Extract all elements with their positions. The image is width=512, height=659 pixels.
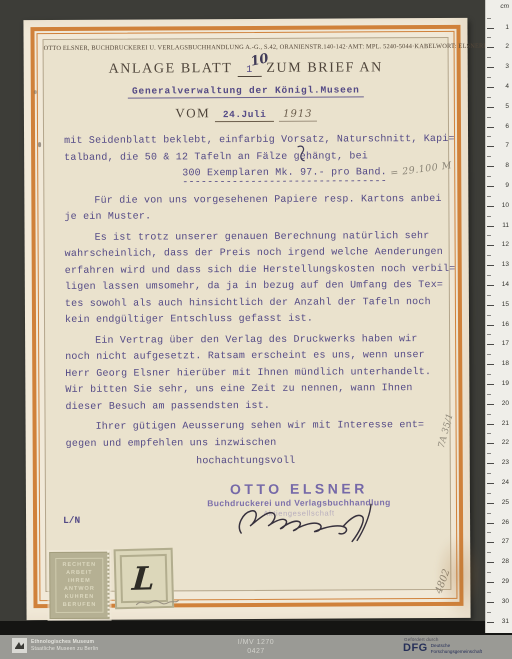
ruler-tick	[487, 364, 494, 365]
body-line: Herr Georg Elsner hierüber mit Ihnen mün…	[65, 364, 455, 383]
body-line: tes sowohl als auch hinsichtlich der Anz…	[65, 294, 455, 313]
ruler-label: 21	[502, 420, 509, 428]
ruler-tick	[487, 433, 491, 434]
ruler-label: 30	[502, 598, 509, 606]
ruler-tick	[487, 235, 491, 236]
scan-edge-strip	[0, 621, 512, 635]
body-line: dieser Besuch am passendsten ist.	[65, 397, 455, 416]
ruler-label: 9	[505, 182, 509, 190]
stamp-text-line: ANTWOR	[56, 586, 102, 593]
ruler-tick	[487, 473, 491, 474]
ruler-label: 23	[502, 459, 509, 467]
ruler-tick	[487, 127, 494, 128]
printed-year: 1913	[279, 109, 317, 122]
dfg-org-line: Forschungsgemeinschaft	[431, 649, 482, 655]
ruler-tick	[487, 117, 491, 118]
ruler-tick	[487, 513, 491, 514]
ruler-tick	[487, 37, 491, 38]
ruler-label: 2	[505, 43, 509, 51]
handwritten-signature	[221, 498, 381, 548]
ruler-tick	[487, 453, 491, 454]
ruler-label: 26	[502, 519, 509, 527]
ruler-tick	[487, 176, 491, 177]
ruler-label: 27	[502, 538, 509, 546]
ruler-tick	[487, 602, 494, 603]
ruler-tick	[487, 414, 491, 415]
ruler-label: 19	[502, 380, 509, 388]
ruler-tick	[487, 334, 491, 335]
ruler-tick	[487, 532, 491, 533]
ruler-label: 5	[505, 103, 509, 111]
recipient-line: Generalverwaltung der Königl.Museen	[44, 84, 448, 97]
ruler-tick	[487, 483, 494, 484]
ruler-label: 12	[502, 241, 509, 249]
ruler-tick	[487, 344, 494, 345]
ruler-label: 1	[505, 24, 509, 32]
ruler-tick	[487, 562, 494, 563]
ruler-tick	[487, 265, 494, 266]
ruler-tick	[487, 226, 494, 227]
ruler-tick	[487, 255, 491, 256]
typed-date: 24.Juli	[215, 109, 274, 122]
ruler-tick	[487, 394, 491, 395]
ruler-label: 3	[505, 63, 509, 71]
ruler-tick	[487, 404, 494, 405]
ruler-label: 6	[505, 123, 509, 131]
ruler-label: 4	[505, 83, 509, 91]
stamp-company-name: OTTO ELSNER	[189, 480, 409, 497]
salutation-line: hochachtungsvoll	[66, 453, 456, 472]
ruler-tick	[487, 523, 494, 524]
ruler-label: 13	[502, 261, 509, 269]
ruler-tick	[487, 493, 491, 494]
ruler-tick	[487, 325, 494, 326]
ruler-label: 24	[502, 479, 509, 487]
ruler-tick	[487, 542, 494, 543]
ruler-tick	[487, 18, 491, 19]
body-line: Es ist trotz unserer genauen Berechnung …	[65, 228, 455, 247]
ruler-unit-label: cm	[500, 3, 509, 10]
body-line: gegen und empfehlen uns inzwischen	[66, 434, 456, 453]
body-line: Ihrer gütigen Aeusserung sehen wir mit I…	[66, 418, 456, 437]
ruler-label: 22	[502, 439, 509, 447]
ruler-tick	[487, 592, 491, 593]
stamp-text-line: IHREM	[56, 578, 102, 585]
ruler-label: 28	[502, 558, 509, 566]
ruler-label: 15	[502, 301, 509, 309]
ruler-tick	[487, 612, 491, 613]
ruler-tick	[487, 443, 494, 444]
ruler-label: 25	[502, 499, 509, 507]
stamp-text-line: RECHTEN	[56, 562, 102, 569]
ruler-tick	[487, 285, 494, 286]
ruler-tick	[487, 216, 491, 217]
paper-stain	[434, 534, 482, 616]
company-letterhead-line: OTTO ELSNER, BUCHDRUCKEREI U. VERLAGSBUC…	[44, 43, 448, 52]
ruler-tick	[487, 67, 494, 68]
ruler-label: 16	[502, 321, 509, 329]
body-line: ligen lassen umsomehr, da ja in bezug au…	[65, 278, 455, 297]
ruler-label: 14	[502, 281, 509, 289]
body-line: mit Seidenblatt beklebt, einfarbig Vorsa…	[64, 132, 454, 151]
stamp-text-line: ARBEIT	[56, 570, 102, 577]
ruler-label: 20	[502, 400, 509, 408]
clerk-initials: L/N	[63, 515, 80, 526]
ruler-tick	[487, 156, 491, 157]
ruler-label: 17	[502, 340, 509, 348]
body-line: Für die von uns vorgesehenen Papiere res…	[64, 191, 454, 210]
ink-correction-mark	[295, 144, 307, 169]
ruler-tick	[487, 57, 491, 58]
pencil-squiggle	[134, 595, 180, 614]
ruler-tick	[487, 315, 491, 316]
ruler-tick	[487, 28, 494, 29]
ruler-tick	[487, 463, 494, 464]
anlage-prefix: ANLAGE BLATT	[109, 61, 233, 77]
letter-body: mit Seidenblatt beklebt, einfarbig Vorsa…	[64, 132, 456, 472]
vom-label: VOM	[175, 105, 210, 120]
ruler-tick	[487, 206, 494, 207]
stamp-text-line: BERUFEN	[56, 602, 102, 609]
ruler-tick	[487, 87, 494, 88]
ruler-label: 31	[502, 618, 509, 626]
body-line: Wir bitten Sie sehr, uns eine Zeit zu ne…	[65, 381, 455, 400]
letter-page: OTTO ELSNER, BUCHDRUCKEREI U. VERLAGSBUC…	[23, 18, 470, 620]
ruler-label: 11	[502, 222, 509, 230]
archive-footer-bar: Ethnologisches Museum Staatliche Museen …	[0, 635, 512, 659]
ruler-tick	[487, 384, 494, 385]
ruler-tick	[487, 77, 491, 78]
ruler-label: 10	[502, 202, 509, 210]
ruler-tick	[487, 622, 494, 623]
revenue-stamp-text: RECHTEN ARBEIT IHREM ANTWOR KUHREN BERUF…	[49, 552, 109, 619]
ruler-label: 18	[502, 360, 509, 368]
ruler-tick	[487, 97, 491, 98]
ruler-tick	[487, 166, 494, 167]
ruler-tick	[487, 146, 494, 147]
ruler-tick	[487, 552, 491, 553]
ruler-tick	[487, 374, 491, 375]
ruler-tick	[487, 503, 494, 504]
ruler-tick	[487, 424, 494, 425]
ruler-tick	[487, 354, 491, 355]
ruler-label: 7	[505, 142, 509, 150]
dfg-logo: DFG	[403, 643, 428, 654]
ruler-tick	[487, 295, 491, 296]
ruler: cm 1234567891011121314151617181920212223…	[485, 0, 512, 633]
date-row: VOM 24.Juli 1913	[44, 104, 448, 123]
ruler-tick	[487, 196, 491, 197]
anlage-suffix: ZUM BRIEF AN	[266, 60, 383, 76]
stamp-text-line: KUHREN	[56, 594, 102, 601]
ruler-tick	[487, 245, 494, 246]
ruler-tick	[487, 305, 494, 306]
ruler-label: 29	[502, 578, 509, 586]
anlage-heading: ANLAGE BLATT 1 ZUM BRIEF AN	[44, 60, 448, 78]
body-line: Ein Vertrag über den Verlag des Druckwer…	[65, 331, 455, 350]
body-line: kein endgültiger Entschluss gefasst ist.	[65, 311, 455, 330]
body-line: talband, die 50 & 12 Tafeln an Fälze geh…	[64, 148, 454, 167]
body-line: je ein Muster.	[64, 208, 454, 227]
footer-dfg-block: Gefördert durch DFG Deutsche Forschungsg…	[403, 637, 498, 654]
ruler-tick	[487, 107, 494, 108]
ruler-tick	[487, 572, 491, 573]
ruler-label: 8	[505, 162, 509, 170]
body-line: noch nicht aufgesetzt. Ratsam erscheint …	[65, 348, 455, 367]
ruler-tick	[487, 47, 494, 48]
ruler-tick	[487, 275, 491, 276]
ruler-tick	[487, 186, 494, 187]
body-line: erfahren wird und dass sich die Herstell…	[65, 261, 455, 280]
blackletter-L-monogram: L	[131, 562, 156, 595]
scan-viewport: OTTO ELSNER, BUCHDRUCKEREI U. VERLAGSBUC…	[0, 0, 512, 659]
body-line: wahrscheinlich, dass der Preis noch irge…	[65, 245, 455, 264]
ruler-tick	[487, 582, 494, 583]
ruler-tick	[487, 136, 491, 137]
underline-dashes: ---------------------------------	[182, 177, 454, 188]
paper-speck	[34, 90, 37, 94]
paper-speck	[38, 142, 41, 147]
